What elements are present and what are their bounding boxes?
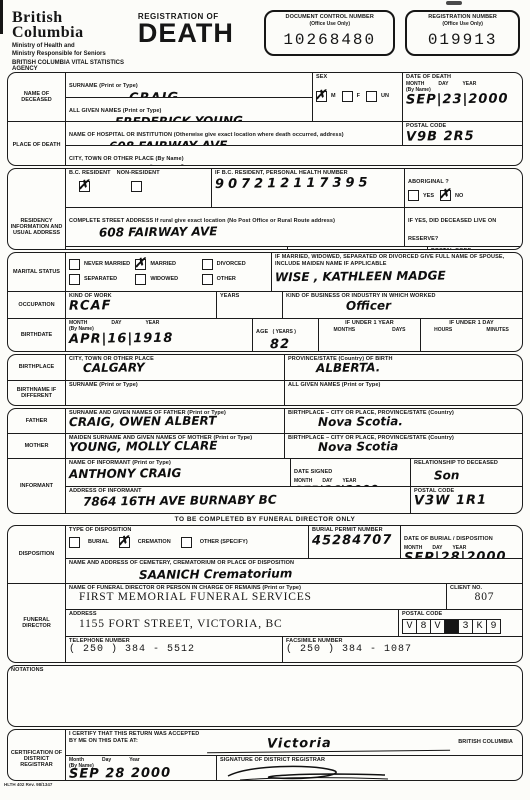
section-parents-informant: FATHER SURNAME AND GIVEN NAMES OF FATHER… bbox=[7, 408, 523, 514]
mother-birthplace-value: Nova Scotia bbox=[318, 439, 519, 454]
disposition-type-label: TYPE OF DISPOSITION bbox=[69, 527, 305, 534]
section-name-and-place: NAME OF DECEASED SURNAME (Print or Type)… bbox=[7, 72, 523, 166]
field-informant-date: DATE SIGNED MONTH DAY YEAR SEP|26|2000 bbox=[290, 459, 410, 486]
field-mother-name: MAIDEN SURNAME AND GIVEN NAMES OF MOTHER… bbox=[66, 434, 284, 458]
cremation-checkbox: ✗ bbox=[119, 537, 130, 548]
months-label: MONTHS bbox=[333, 327, 355, 333]
aboriginal-yes-label: YES bbox=[423, 193, 434, 199]
years-label: YEARS bbox=[220, 293, 279, 300]
field-relationship: RELATIONSHIP TO DECEASED Son bbox=[410, 459, 522, 486]
cert-year-header: Year bbox=[129, 757, 140, 763]
field-hospital: NAME OF HOSPITAL OR INSTITUTION (Otherwi… bbox=[66, 122, 402, 145]
notations-label: NOTATIONS bbox=[11, 667, 519, 674]
field-under-one-day: IF UNDER 1 DAY HOURS MINUTES bbox=[420, 319, 522, 351]
form-number-footer: HLTH 402 Rev. 98/1347 bbox=[4, 783, 530, 788]
field-certification-date: Month Day Year (By Name) SEP 28 2000 bbox=[66, 756, 216, 781]
field-informant-postal: POSTAL CODE V3W 1R1 bbox=[410, 487, 522, 514]
field-informant-name: NAME OF INFORMANT (Print or Type) ANTHON… bbox=[66, 459, 290, 486]
birthdate-day-header: DAY bbox=[111, 320, 121, 326]
band-funeral-director: FUNERAL DIRECTOR NAME OF FUNERAL DIRECTO… bbox=[8, 583, 522, 662]
divorced-label: DIVORCED bbox=[217, 261, 246, 267]
doc-control-sublabel: (Office Use Only) bbox=[270, 21, 389, 27]
industry-value: Officer bbox=[346, 298, 519, 312]
street-address-value: 608 FAIRWAY AVE bbox=[99, 224, 401, 240]
field-under-one-year: IF UNDER 1 YEAR MONTHS DAYS bbox=[318, 319, 420, 351]
aboriginal-no-checkbox: ✗ bbox=[440, 190, 451, 201]
funeral-address-value: 1155 FORT STREET, VICTORIA, BC bbox=[79, 618, 395, 630]
side-label-place-of-death: PLACE OF DEATH bbox=[8, 122, 66, 166]
field-residence-province: PROVINCE/STATE (Country) BC bbox=[287, 247, 427, 250]
married-label: MARRIED bbox=[150, 261, 176, 267]
non-resident-checkbox bbox=[131, 181, 142, 192]
field-years: YEARS bbox=[216, 292, 282, 318]
field-funeral-postal: POSTAL CODE V 8 V 3 K 9 bbox=[398, 610, 522, 635]
informant-date-value: SEP|26|2000 bbox=[294, 483, 407, 485]
days-label: DAYS bbox=[392, 327, 405, 333]
other-disposition-label: OTHER (SPECIFY) bbox=[200, 539, 248, 545]
burial-checkbox bbox=[69, 537, 80, 548]
certify-place-value: Victoria bbox=[207, 736, 450, 753]
field-birthplace-province: PROVINCE/STATE (Country) OF BIRTH ALBERT… bbox=[284, 355, 522, 380]
field-given-names: ALL GIVEN NAMES (Print or Type) FREDERIC… bbox=[66, 97, 312, 122]
informant-address-value: 7864 16TH AVE BURNABY BC bbox=[83, 492, 407, 508]
reserve-label: IF YES, DID DECEASED LIVE ON RESERVE? bbox=[408, 218, 496, 242]
funeral-postal-cells: V 8 V 3 K 9 bbox=[402, 619, 519, 634]
side-label-residency: RESIDENCY INFORMATION AND USUAL ADDRESS bbox=[8, 169, 66, 250]
field-resident-status: B.C. RESIDENT ✗ NON-RESIDENT bbox=[66, 169, 211, 207]
field-father-birthplace: BIRTHPLACE – CITY OR PLACE, PROVINCE/STA… bbox=[284, 409, 522, 433]
ministry-line2: Ministry Responsible for Seniors bbox=[12, 51, 138, 59]
field-mother-birthplace: BIRTHPLACE – CITY OR PLACE, PROVINCE/STA… bbox=[284, 434, 522, 458]
street-address-label: COMPLETE STREET ADDRESS If rural give ex… bbox=[69, 218, 335, 224]
side-label-marital-status: MARITAL STATUS bbox=[8, 253, 66, 291]
band-birthplace: BIRTHPLACE CITY, TOWN OR OTHER PLACE CAL… bbox=[8, 355, 522, 380]
sex-m-checkbox: ✗ bbox=[316, 91, 327, 102]
death-city-value: Victoria bbox=[139, 160, 519, 166]
disposition-date-label: DATE OF BURIAL / DISPOSITION bbox=[404, 536, 493, 542]
side-label-certification: CERTIFICATION OF DISTRICT REGISTRAR bbox=[8, 730, 66, 781]
side-label-birthdate: BIRTHDATE bbox=[8, 319, 66, 351]
field-registrar-signature: SIGNATURE OF DISTRICT REGISTRAR bbox=[216, 756, 522, 781]
never-married-checkbox bbox=[69, 259, 80, 270]
funeral-address-label: ADDRESS bbox=[69, 611, 395, 618]
funeral-name-label: NAME OF FUNERAL DIRECTOR OR PERSON IN CH… bbox=[69, 585, 443, 592]
band-birthdate: BIRTHDATE MONTH DAY YEAR (By Name) APR|1… bbox=[8, 318, 522, 351]
field-father-name: SURNAME AND GIVEN NAMES OF FATHER (Print… bbox=[66, 409, 284, 433]
hospital-label: NAME OF HOSPITAL OR INSTITUTION (Otherwi… bbox=[69, 132, 344, 138]
birthplace-city-value: CALGARY bbox=[83, 360, 281, 375]
field-disposition-place: NAME AND ADDRESS OF CEMETERY, CREMATORIU… bbox=[66, 559, 522, 583]
side-label-birthplace: BIRTHPLACE bbox=[8, 355, 66, 380]
field-marital-options: NEVER MARRIED ✗MARRIED DIVORCED SEPARATE… bbox=[66, 253, 271, 291]
side-label-disposition: DISPOSITION bbox=[8, 526, 66, 583]
side-label-name-of-deceased: NAME OF DECEASED bbox=[8, 73, 66, 121]
field-residence-postal: POSTAL CODE V9B 2R5 bbox=[427, 247, 522, 250]
doc-control-value: 10268480 bbox=[270, 31, 389, 49]
field-disposition-type: TYPE OF DISPOSITION BURIAL ✗ CREMATION O… bbox=[66, 526, 308, 558]
death-registration-form: British Columbia Ministry of Health and … bbox=[0, 0, 530, 800]
kind-of-work-value: RCAF bbox=[69, 298, 213, 313]
side-label-occupation: OCCUPATION bbox=[8, 292, 66, 318]
sex-un-label: UN bbox=[381, 93, 389, 99]
field-age: AGE ( YEARS ) 82 bbox=[252, 319, 318, 351]
field-aboriginal: ABORIGINAL ? YES ✗ NO bbox=[404, 169, 522, 207]
agency-name: BRITISH COLUMBIA VITAL STATISTICS AGENCY bbox=[12, 60, 138, 72]
surname-label: SURNAME (Print or Type) bbox=[69, 83, 138, 89]
facsimile-value: ( 250 ) 384 - 1087 bbox=[286, 644, 519, 655]
date-of-death-label: DATE OF DEATH bbox=[406, 74, 519, 81]
spouse-label: IF MARRIED, WIDOWED, SEPARATED OR DIVORC… bbox=[275, 254, 519, 267]
field-birthplace-city: CITY, TOWN OR OTHER PLACE CALGARY bbox=[66, 355, 284, 380]
birthdate-value: APR|16|1918 bbox=[69, 331, 249, 347]
informant-date-label: DATE SIGNED bbox=[294, 469, 332, 475]
band-occupation: OCCUPATION KIND OF WORK RCAF YEARS KIND … bbox=[8, 291, 522, 318]
other-status-checkbox bbox=[202, 274, 213, 285]
mother-name-value: YOUNG, MOLLY CLARE bbox=[69, 438, 281, 453]
separated-checkbox bbox=[69, 274, 80, 285]
field-telephone: TELEPHONE NUMBER ( 250 ) 384 - 5512 bbox=[66, 637, 282, 662]
scan-artifact-left-bar bbox=[0, 0, 3, 34]
father-birthplace-value: Nova Scotia. bbox=[318, 414, 519, 429]
field-street-address: COMPLETE STREET ADDRESS If rural give ex… bbox=[66, 208, 404, 246]
funeral-postal-label: POSTAL CODE bbox=[402, 611, 519, 618]
band-birthname: BIRTHNAME IF DIFFERENT SURNAME (Print or… bbox=[8, 380, 522, 406]
birthdate-year-header: YEAR bbox=[145, 320, 159, 326]
informant-postal-value: V3W 1R1 bbox=[414, 494, 519, 509]
side-label-funeral-director: FUNERAL DIRECTOR bbox=[8, 584, 66, 662]
divorced-checkbox bbox=[202, 259, 213, 270]
other-status-label: OTHER bbox=[217, 276, 236, 282]
logo-line1: British bbox=[12, 10, 138, 25]
band-certification: CERTIFICATION OF DISTRICT REGISTRAR I CE… bbox=[8, 730, 522, 781]
informant-name-value: ANTHONY CRAIG bbox=[69, 465, 287, 480]
under-day-label: IF UNDER 1 DAY bbox=[424, 320, 519, 327]
married-checkbox: ✗ bbox=[135, 259, 146, 270]
hospital-value: 608 FAIRWAY AVE. bbox=[109, 137, 399, 144]
widowed-checkbox bbox=[135, 274, 146, 285]
sex-f-checkbox bbox=[342, 91, 353, 102]
dod-year-header: YEAR bbox=[462, 81, 476, 87]
spouse-value: WISE , KATHLEEN MADGE bbox=[275, 269, 519, 284]
bc-resident-checkbox: ✗ bbox=[79, 181, 90, 192]
date-of-death-value: SEP|23|2000 bbox=[406, 92, 519, 107]
ministry-line1: Ministry of Health and bbox=[12, 43, 138, 51]
telephone-value: ( 250 ) 384 - 5512 bbox=[69, 644, 279, 655]
band-place-of-death: PLACE OF DEATH NAME OF HOSPITAL OR INSTI… bbox=[8, 121, 522, 166]
field-phn: IF B.C. RESIDENT, PERSONAL HEALTH NUMBER… bbox=[211, 169, 404, 207]
residence-postal-label: POSTAL CODE bbox=[431, 248, 519, 250]
father-name-value: CRAIG, OWEN ALBERT bbox=[69, 413, 281, 428]
field-disposition-date: DATE OF BURIAL / DISPOSITION MONTH DAY Y… bbox=[400, 526, 522, 558]
non-resident-label: NON-RESIDENT bbox=[117, 170, 160, 177]
band-mother: MOTHER MAIDEN SURNAME AND GIVEN NAMES OF… bbox=[8, 433, 522, 458]
field-informant-address: ADDRESS OF INFORMANT 7864 16TH AVE BURNA… bbox=[66, 487, 410, 514]
burial-permit-value: 45284707 bbox=[312, 533, 397, 548]
section-certification: CERTIFICATION OF DISTRICT REGISTRAR I CE… bbox=[7, 729, 523, 781]
sex-m-label: M bbox=[331, 93, 336, 99]
band-father: FATHER SURNAME AND GIVEN NAMES OF FATHER… bbox=[8, 409, 522, 433]
band-notations: NOTATIONS bbox=[8, 666, 522, 726]
certify-text-line1: I CERTIFY THAT THIS RETURN WAS ACCEPTED bbox=[69, 731, 199, 738]
field-spouse-name: IF MARRIED, WIDOWED, SEPARATED OR DIVORC… bbox=[271, 253, 522, 291]
age-label: AGE bbox=[256, 329, 268, 335]
dod-month-header: MONTH bbox=[406, 81, 424, 87]
field-sex: SEX ✗ M F UN bbox=[312, 73, 402, 121]
disposition-date-value: SEP|28|2000 bbox=[404, 550, 519, 558]
field-death-postal-code: POSTAL CODE V9B 2R5 bbox=[402, 122, 522, 145]
side-label-birthname: BIRTHNAME IF DIFFERENT bbox=[8, 381, 66, 406]
section-notations: NOTATIONS bbox=[7, 665, 523, 727]
field-death-city: CITY, TOWN OR OTHER PLACE (By Name) Vict… bbox=[66, 146, 522, 167]
band-marital-status: MARITAL STATUS NEVER MARRIED ✗MARRIED DI… bbox=[8, 253, 522, 291]
phn-value: 907212117395 bbox=[215, 176, 401, 192]
funeral-name-value: FIRST MEMORIAL FUNERAL SERVICES bbox=[79, 591, 443, 603]
birthname-surname-label: SURNAME (Print or Type) bbox=[69, 382, 281, 389]
field-industry: KIND OF BUSINESS OR INDUSTRY IN WHICH WO… bbox=[282, 292, 522, 318]
age-sublabel: ( YEARS ) bbox=[273, 329, 296, 335]
signature-label: SIGNATURE OF DISTRICT REGISTRAR bbox=[220, 757, 519, 764]
hours-label: HOURS bbox=[434, 327, 452, 333]
funeral-director-divider: TO BE COMPLETED BY FUNERAL DIRECTOR ONLY bbox=[0, 516, 530, 523]
widowed-label: WIDOWED bbox=[150, 276, 178, 282]
postal-cell-separator bbox=[445, 619, 459, 634]
death-city-label: CITY, TOWN OR OTHER PLACE (By Name) bbox=[69, 156, 184, 162]
sex-f-label: F bbox=[357, 93, 360, 99]
side-label-informant: INFORMANT bbox=[8, 459, 66, 513]
field-date-of-death: DATE OF DEATH MONTH DAY YEAR (By Name) S… bbox=[402, 73, 522, 121]
field-live-on-reserve: IF YES, DID DECEASED LIVE ON RESERVE? YE… bbox=[404, 208, 522, 246]
separated-label: SEPARATED bbox=[84, 276, 117, 282]
never-married-label: NEVER MARRIED bbox=[84, 261, 130, 267]
field-facsimile: FACSIMILE NUMBER ( 250 ) 384 - 1087 bbox=[282, 637, 522, 662]
field-burial-permit: BURIAL PERMIT NUMBER 45284707 bbox=[308, 526, 400, 558]
field-birthname-surname: SURNAME (Print or Type) bbox=[66, 381, 284, 406]
document-control-number-box: DOCUMENT CONTROL NUMBER (Office Use Only… bbox=[264, 10, 395, 56]
under-year-label: IF UNDER 1 YEAR bbox=[322, 320, 417, 327]
certification-date-value: SEP 28 2000 bbox=[69, 766, 213, 781]
field-birthdate: MONTH DAY YEAR (By Name) APR|16|1918 bbox=[66, 319, 252, 351]
field-certify-statement: I CERTIFY THAT THIS RETURN WAS ACCEPTED … bbox=[66, 730, 522, 755]
age-value: 82 bbox=[270, 338, 315, 351]
death-postal-value: V9B 2R5 bbox=[406, 129, 519, 144]
band-disposition: DISPOSITION TYPE OF DISPOSITION BURIAL ✗… bbox=[8, 526, 522, 583]
british-columbia-text: BRITISH COLUMBIA bbox=[458, 739, 513, 746]
field-client-no: CLIENT NO. 807 bbox=[446, 584, 522, 609]
postal-cell: 3 bbox=[459, 619, 473, 634]
aboriginal-no-label: NO bbox=[455, 193, 463, 199]
band-name-of-deceased: NAME OF DECEASED SURNAME (Print or Type)… bbox=[8, 73, 522, 121]
postal-cell: V bbox=[431, 619, 445, 634]
postal-cell: V bbox=[402, 619, 417, 634]
registration-sublabel: (Office Use Only) bbox=[411, 21, 514, 27]
field-birthname-given: ALL GIVEN NAMES (Print or Type) bbox=[284, 381, 522, 406]
certify-text-line2: BY ME ON THIS DATE AT: bbox=[69, 738, 199, 745]
client-no-label: CLIENT NO. bbox=[450, 585, 519, 592]
birthplace-province-value: ALBERTA. bbox=[316, 360, 519, 375]
other-disposition-checkbox bbox=[181, 537, 192, 548]
postal-cell: 8 bbox=[417, 619, 431, 634]
section-marital-occupation-birthdate: MARITAL STATUS NEVER MARRIED ✗MARRIED DI… bbox=[7, 252, 523, 352]
side-label-mother: MOTHER bbox=[8, 434, 66, 458]
aboriginal-label: ABORIGINAL ? bbox=[408, 179, 449, 185]
form-title: REGISTRATION OF DEATH bbox=[138, 10, 254, 70]
field-residence-city: CITY, TOWN OR OTHER PLACE (By Name) Vict… bbox=[66, 247, 287, 250]
side-label-father: FATHER bbox=[8, 409, 66, 433]
cert-day-header: Day bbox=[102, 757, 111, 763]
postal-cell: 9 bbox=[487, 619, 501, 634]
dod-day-header: DAY bbox=[438, 81, 448, 87]
given-names-value: FREDERICK YOUNG bbox=[115, 113, 309, 121]
sex-label: SEX bbox=[316, 74, 399, 81]
given-names-label: ALL GIVEN NAMES (Print or Type) bbox=[69, 108, 161, 114]
bc-logo: British Columbia Ministry of Health and … bbox=[12, 10, 138, 70]
registration-number-box: REGISTRATION NUMBER (Office Use Only) 01… bbox=[405, 10, 520, 56]
title-big: DEATH bbox=[138, 21, 254, 47]
burial-label: BURIAL bbox=[88, 539, 109, 545]
field-surname: SURNAME (Print or Type) CRAIG bbox=[66, 73, 312, 97]
aboriginal-yes-checkbox bbox=[408, 190, 419, 201]
form-header: British Columbia Ministry of Health and … bbox=[0, 0, 530, 72]
cremation-label: CREMATION bbox=[138, 539, 171, 545]
field-kind-of-work: KIND OF WORK RCAF bbox=[66, 292, 216, 318]
disposition-place-value: SAANICH Crematorium bbox=[139, 565, 519, 582]
field-funeral-name: NAME OF FUNERAL DIRECTOR OR PERSON IN CH… bbox=[66, 584, 446, 609]
section-birthplace-birthname: BIRTHPLACE CITY, TOWN OR OTHER PLACE CAL… bbox=[7, 354, 523, 406]
field-notations: NOTATIONS bbox=[8, 666, 522, 726]
section-residency: RESIDENCY INFORMATION AND USUAL ADDRESS … bbox=[7, 168, 523, 250]
relationship-label: RELATIONSHIP TO DECEASED bbox=[414, 460, 519, 467]
field-funeral-address: ADDRESS 1155 FORT STREET, VICTORIA, BC bbox=[66, 610, 398, 635]
registrar-signature bbox=[220, 764, 390, 781]
sex-un-checkbox bbox=[366, 91, 377, 102]
registration-value: 019913 bbox=[411, 31, 514, 49]
band-residency: RESIDENCY INFORMATION AND USUAL ADDRESS … bbox=[8, 169, 522, 250]
scan-artifact-smudge bbox=[446, 1, 462, 5]
bc-resident-label: B.C. RESIDENT bbox=[69, 170, 111, 177]
doc-control-label: DOCUMENT CONTROL NUMBER bbox=[270, 14, 389, 21]
minutes-label: MINUTES bbox=[486, 327, 509, 333]
client-no-value: 807 bbox=[450, 591, 519, 603]
registration-label: REGISTRATION NUMBER bbox=[411, 14, 514, 21]
relationship-value: Son bbox=[434, 468, 519, 481]
band-informant: INFORMANT NAME OF INFORMANT (Print or Ty… bbox=[8, 458, 522, 513]
postal-cell: K bbox=[473, 619, 487, 634]
logo-line2: Columbia bbox=[12, 25, 138, 40]
birthname-given-label: ALL GIVEN NAMES (Print or Type) bbox=[288, 382, 519, 389]
section-disposition-funeral: DISPOSITION TYPE OF DISPOSITION BURIAL ✗… bbox=[7, 525, 523, 663]
